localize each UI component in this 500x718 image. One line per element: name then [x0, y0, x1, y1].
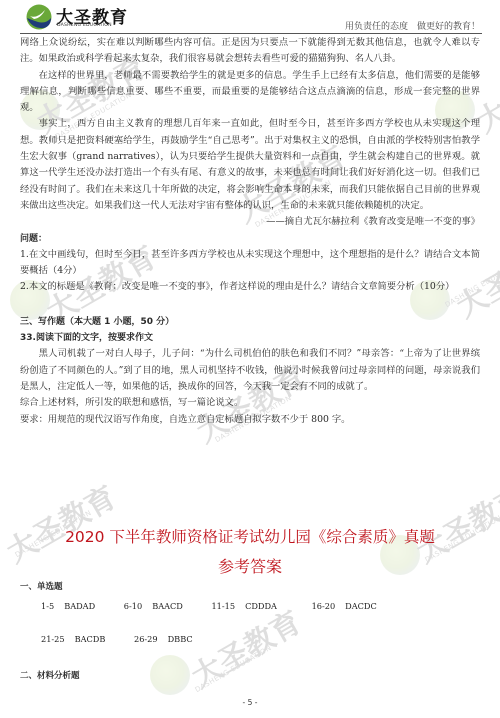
answers-section-single-choice: 一、单选题 [20, 580, 63, 592]
passage-paragraph: 事实上，西方自由主义教育的理想几百年来一直如此，但时至今日，甚至许多西方学校也从… [20, 116, 480, 214]
answer-group: 6-10BAACD [124, 601, 183, 611]
header-slogan: 用负责任的态度 做更好的教育！ [345, 19, 480, 32]
writing-requirement: 要求：用规范的现代汉语写作角度，自选立意自定标题自拟字数不少于 800 字。 [20, 412, 480, 428]
writing-story: 黑人司机载了一对白人母子，儿子问：“为什么司机伯伯的肤色和我们不同？”母亲答：“… [20, 346, 480, 395]
passage-paragraph: 网络上众说纷纭，实在难以判断哪些内容可信。正是因为只要点一下就能得到无数其他信息… [20, 35, 480, 68]
answer-range: 1-5 [41, 601, 54, 611]
passage-paragraph: 在这样的世界里，老师最不需要教给学生的就是更多的信息。学生手上已经有太多信息，他… [20, 68, 480, 117]
answer-range: 26-29 [134, 634, 158, 644]
answer-group: 26-29DBBC [134, 634, 193, 644]
spacer [20, 296, 480, 314]
answer-row: 21-25BACDB 26-29DBBC [41, 634, 219, 644]
writing-section-title: 三、写作题（本大题 1 小题，50 分） [20, 314, 480, 330]
answers-section-material-analysis: 二、材料分析题 [20, 669, 80, 681]
answer-group: 21-25BACDB [41, 634, 105, 644]
answer-row: 1-5BADAD 6-10BAACD 11-15CDDDA 16-20DACDC [41, 601, 403, 611]
passage-source: ——摘自尤瓦尔赫拉利《教育改变是唯一不变的事》 [20, 214, 480, 230]
dasheng-logo-icon [26, 4, 52, 30]
answer-group: 11-15CDDDA [211, 601, 276, 611]
answer-key: DBBC [168, 634, 193, 644]
writing-prompt: 综合上述材料，所引发的联想和感悟，写一篇论说文。 [20, 395, 480, 411]
questions-label: 问题： [20, 231, 480, 247]
answer-range: 16-20 [312, 601, 336, 611]
document-body: 网络上众说纷纭，实在难以判断哪些内容可信。正是因为只要点一下就能得到无数其他信息… [20, 35, 480, 428]
answer-group: 16-20DACDC [312, 601, 377, 611]
answer-key: DACDC [345, 601, 377, 611]
answer-key: CDDDA [245, 601, 277, 611]
question-2: 2.本文的标题是《教育：改变是唯一不变的事》，作者这样说的理由是什么？请结合文章… [20, 279, 480, 295]
answer-key: BADAD [64, 601, 95, 611]
answer-range: 21-25 [41, 634, 65, 644]
brand-subtitle: DASHENG EDUCATION [57, 23, 112, 28]
answers-subtitle: 参考答案 [0, 554, 500, 577]
watermark-text: 大圣教育 [182, 598, 308, 696]
answers-title: 2020 下半年教师资格证考试幼儿园《综合素质》真题 [0, 525, 500, 547]
header-divider [20, 33, 482, 34]
watermark: 大圣教育 DASHENG EDUCATION [150, 615, 290, 705]
watermark-subtext: DASHENG EDUCATION [194, 644, 273, 694]
page-number: - 5 - [0, 698, 500, 707]
answer-range: 11-15 [211, 601, 235, 611]
answer-range: 6-10 [124, 601, 142, 611]
answer-key: BACDB [75, 634, 106, 644]
answer-group: 1-5BADAD [41, 601, 95, 611]
watermark-logo-icon [150, 655, 190, 695]
answer-key: BAACD [152, 601, 183, 611]
writing-question-33: 33.阅读下面的文字，按要求作文 [20, 330, 480, 346]
page-header: 大圣教育 DASHENG EDUCATION 用负责任的态度 做更好的教育！ [0, 0, 500, 33]
question-1: 1.在文中画线句，但时至今日，甚至许多西方学校也从未实现这个理想中，这个理想指的… [20, 247, 480, 280]
